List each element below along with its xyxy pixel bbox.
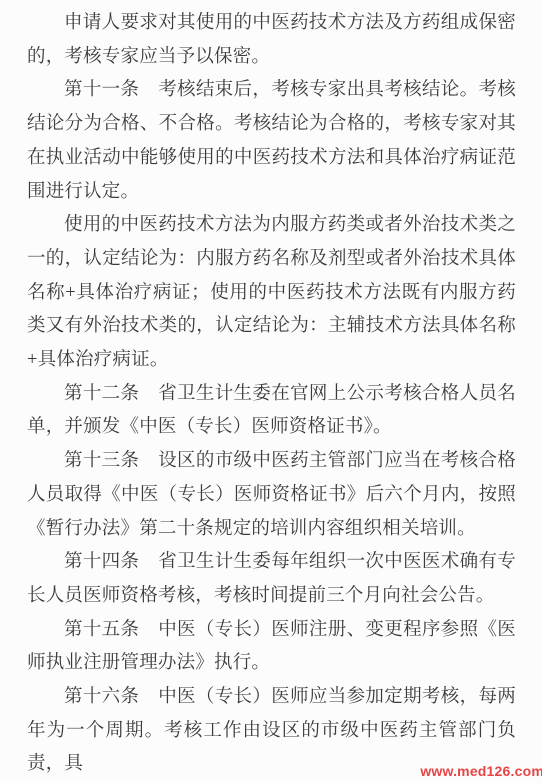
paragraph-conclusion-rules: 使用的中医药技术方法为内服方药类或者外治技术类之一的，认定结论为：内服方药名称及… — [27, 209, 516, 378]
paragraph-article-14: 第十四条 省卫生计生委每年组织一次中医医术确有专长人员医师资格考核，考核时间提前… — [27, 546, 516, 613]
watermark-site-url: www.med126.com — [420, 763, 542, 779]
paragraph-article-11: 第十一条 考核结束后，考核专家出具考核结论。考核结论分为合格、不合格。考核结论为… — [27, 74, 516, 209]
paragraph-article-13: 第十三条 设区的市级中医药主管部门应当在考核合格人员取得《中医（专长）医师资格证… — [27, 445, 516, 546]
paragraph-article-12: 第十二条 省卫生计生委在官网上公示考核合格人员名单，并颁发《中医（专长）医师资格… — [27, 378, 516, 445]
paragraph-article-15: 第十五条 中医（专长）医师注册、变更程序参照《医师执业注册管理办法》执行。 — [27, 614, 516, 681]
paragraph-confidentiality: 申请人要求对其使用的中医药技术方法及方药组成保密的，考核专家应当予以保密。 — [27, 7, 516, 74]
document-page: 申请人要求对其使用的中医药技术方法及方药组成保密的，考核专家应当予以保密。 第十… — [0, 0, 542, 783]
document-body: 申请人要求对其使用的中医药技术方法及方药组成保密的，考核专家应当予以保密。 第十… — [27, 7, 516, 782]
